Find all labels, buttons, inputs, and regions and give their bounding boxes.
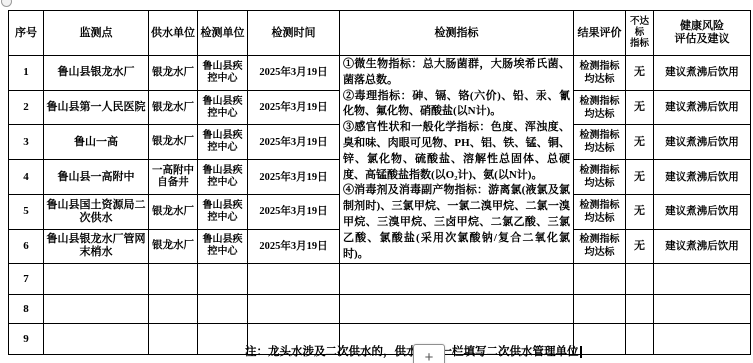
cell-tester[interactable]: 鲁山县疾控中心 bbox=[198, 194, 248, 229]
cell-point[interactable] bbox=[44, 295, 149, 324]
cell-substandard[interactable] bbox=[626, 295, 654, 324]
cell-tester[interactable]: 鲁山县疾控中心 bbox=[198, 90, 248, 125]
header-result-evaluation[interactable]: 结果评价 bbox=[574, 11, 626, 56]
cell-substandard[interactable] bbox=[626, 324, 654, 355]
cell-point[interactable]: 鲁山县国土资源局二次供水 bbox=[44, 194, 149, 229]
cell-point[interactable]: 鲁山县银龙水厂 bbox=[44, 56, 149, 91]
cell-date[interactable]: 2025年3月19日 bbox=[248, 160, 340, 195]
cell-serial[interactable]: 4 bbox=[9, 160, 44, 195]
cell-date[interactable]: 2025年3月19日 bbox=[248, 125, 340, 160]
cell-substandard[interactable]: 无 bbox=[626, 229, 654, 264]
cell-substandard[interactable]: 无 bbox=[626, 160, 654, 195]
header-health-risk-advice[interactable]: 健康风险 评估及建议 bbox=[654, 11, 751, 56]
insert-plus-button[interactable]: + bbox=[413, 344, 445, 363]
cell-result[interactable] bbox=[574, 295, 626, 324]
cell-date[interactable] bbox=[248, 295, 340, 324]
header-row: 序号 监测点 供水单位 检测单位 检测时间 检测指标 结果评价 不达标 指标 健… bbox=[9, 11, 751, 56]
cell-indicators[interactable] bbox=[340, 264, 574, 295]
table-row-empty: 7 bbox=[9, 264, 751, 295]
cell-date[interactable]: 2025年3月19日 bbox=[248, 90, 340, 125]
cell-indicators-merged[interactable]: ①微生物指标：总大肠菌群，大肠埃希氏菌、菌落总数。 ②毒理指标：砷、镉、铬(六价… bbox=[340, 56, 574, 264]
cell-substandard[interactable]: 无 bbox=[626, 90, 654, 125]
cell-result[interactable]: 检测指标均达标 bbox=[574, 229, 626, 264]
cell-point[interactable]: 鲁山县一高附中 bbox=[44, 160, 149, 195]
cell-advice[interactable]: 建议煮沸后饮用 bbox=[654, 125, 751, 160]
cell-supplier[interactable]: 银龙水厂 bbox=[149, 56, 198, 91]
footer-note: 注：龙头水涉及二次供水的，供水单位一栏填写二次供水管理单位 bbox=[245, 346, 579, 358]
table-row-empty: 8 bbox=[9, 295, 751, 324]
header-monitoring-point[interactable]: 监测点 bbox=[44, 11, 149, 56]
cell-result[interactable]: 检测指标均达标 bbox=[574, 160, 626, 195]
cell-serial[interactable]: 5 bbox=[9, 194, 44, 229]
cell-supplier[interactable] bbox=[149, 324, 198, 355]
cell-serial[interactable]: 6 bbox=[9, 229, 44, 264]
cell-serial[interactable]: 9 bbox=[9, 324, 44, 355]
indicator-item-toxicological: ②毒理指标：砷、镉、铬(六价)、铅、汞、氰化物、氟化物、硝酸盐(以N计)。 bbox=[343, 89, 570, 121]
cell-supplier[interactable]: 一高附中自备井 bbox=[149, 160, 198, 195]
cell-result[interactable]: 检测指标均达标 bbox=[574, 56, 626, 91]
cell-date[interactable]: 2025年3月19日 bbox=[248, 194, 340, 229]
table-move-handle-icon[interactable] bbox=[1, 0, 12, 7]
text-cursor bbox=[580, 346, 582, 358]
cell-supplier[interactable]: 银龙水厂 bbox=[149, 194, 198, 229]
cell-point[interactable] bbox=[44, 264, 149, 295]
cell-advice[interactable]: 建议煮沸后饮用 bbox=[654, 194, 751, 229]
cell-point[interactable] bbox=[44, 324, 149, 355]
indicator-item-disinfectant: ④消毒剂及消毒副产物指标：游离氯(液氯及氯制剂时)、三氯甲烷、一氯二溴甲烷、二氯… bbox=[343, 183, 570, 262]
indicator-item-microbial: ①微生物指标：总大肠菌群，大肠埃希氏菌、菌落总数。 bbox=[343, 57, 570, 89]
cell-serial[interactable]: 2 bbox=[9, 90, 44, 125]
document-page: 序号 监测点 供水单位 检测单位 检测时间 检测指标 结果评价 不达标 指标 健… bbox=[0, 0, 753, 363]
cell-serial[interactable]: 3 bbox=[9, 125, 44, 160]
cell-supplier[interactable]: 银龙水厂 bbox=[149, 229, 198, 264]
header-water-supply-unit[interactable]: 供水单位 bbox=[149, 11, 198, 56]
water-quality-table: 序号 监测点 供水单位 检测单位 检测时间 检测指标 结果评价 不达标 指标 健… bbox=[8, 10, 751, 355]
cell-tester[interactable] bbox=[198, 324, 248, 355]
cell-substandard[interactable] bbox=[626, 264, 654, 295]
table-row: 1 鲁山县银龙水厂 银龙水厂 鲁山县疾控中心 2025年3月19日 ①微生物指标… bbox=[9, 56, 751, 91]
cell-point[interactable]: 鲁山县第一人民医院 bbox=[44, 90, 149, 125]
cell-result[interactable]: 检测指标均达标 bbox=[574, 90, 626, 125]
cell-date[interactable] bbox=[248, 264, 340, 295]
cell-serial[interactable]: 1 bbox=[9, 56, 44, 91]
cell-date[interactable]: 2025年3月19日 bbox=[248, 229, 340, 264]
cell-supplier[interactable]: 银龙水厂 bbox=[149, 125, 198, 160]
cell-tester[interactable] bbox=[198, 264, 248, 295]
cell-tester[interactable] bbox=[198, 295, 248, 324]
cell-date[interactable]: 2025年3月19日 bbox=[248, 56, 340, 91]
cell-serial[interactable]: 8 bbox=[9, 295, 44, 324]
indicator-item-sensory-chemical: ③感官性状和一般化学指标：色度、浑浊度、臭和味、肉眼可见物、PH、铝、铁、锰、铜… bbox=[343, 120, 570, 183]
cell-supplier[interactable] bbox=[149, 264, 198, 295]
cell-point[interactable]: 鲁山县银龙水厂管网末梢水 bbox=[44, 229, 149, 264]
cell-result[interactable] bbox=[574, 264, 626, 295]
cell-advice[interactable] bbox=[654, 264, 751, 295]
cell-result[interactable]: 检测指标均达标 bbox=[574, 125, 626, 160]
cell-advice[interactable] bbox=[654, 324, 751, 355]
cell-substandard[interactable]: 无 bbox=[626, 125, 654, 160]
cell-indicators[interactable] bbox=[340, 295, 574, 324]
cell-advice[interactable] bbox=[654, 295, 751, 324]
cell-tester[interactable]: 鲁山县疾控中心 bbox=[198, 125, 248, 160]
plus-icon: + bbox=[425, 349, 434, 363]
cell-advice[interactable]: 建议煮沸后饮用 bbox=[654, 90, 751, 125]
cell-point[interactable]: 鲁山一高 bbox=[44, 125, 149, 160]
cell-advice[interactable]: 建议煮沸后饮用 bbox=[654, 160, 751, 195]
header-testing-time[interactable]: 检测时间 bbox=[248, 11, 340, 56]
header-substandard-indicators[interactable]: 不达标 指标 bbox=[626, 11, 654, 56]
cell-serial[interactable]: 7 bbox=[9, 264, 44, 295]
cell-supplier[interactable]: 银龙水厂 bbox=[149, 90, 198, 125]
header-serial-number[interactable]: 序号 bbox=[9, 11, 44, 56]
cell-advice[interactable]: 建议煮沸后饮用 bbox=[654, 229, 751, 264]
cell-advice[interactable]: 建议煮沸后饮用 bbox=[654, 56, 751, 91]
cell-supplier[interactable] bbox=[149, 295, 198, 324]
header-testing-indicators[interactable]: 检测指标 bbox=[340, 11, 574, 56]
cell-result[interactable]: 检测指标均达标 bbox=[574, 194, 626, 229]
cell-substandard[interactable]: 无 bbox=[626, 194, 654, 229]
cell-tester[interactable]: 鲁山县疾控中心 bbox=[198, 56, 248, 91]
cell-substandard[interactable]: 无 bbox=[626, 56, 654, 91]
header-testing-unit[interactable]: 检测单位 bbox=[198, 11, 248, 56]
cell-tester[interactable]: 鲁山县疾控中心 bbox=[198, 229, 248, 264]
cell-tester[interactable]: 鲁山县疾控中心 bbox=[198, 160, 248, 195]
